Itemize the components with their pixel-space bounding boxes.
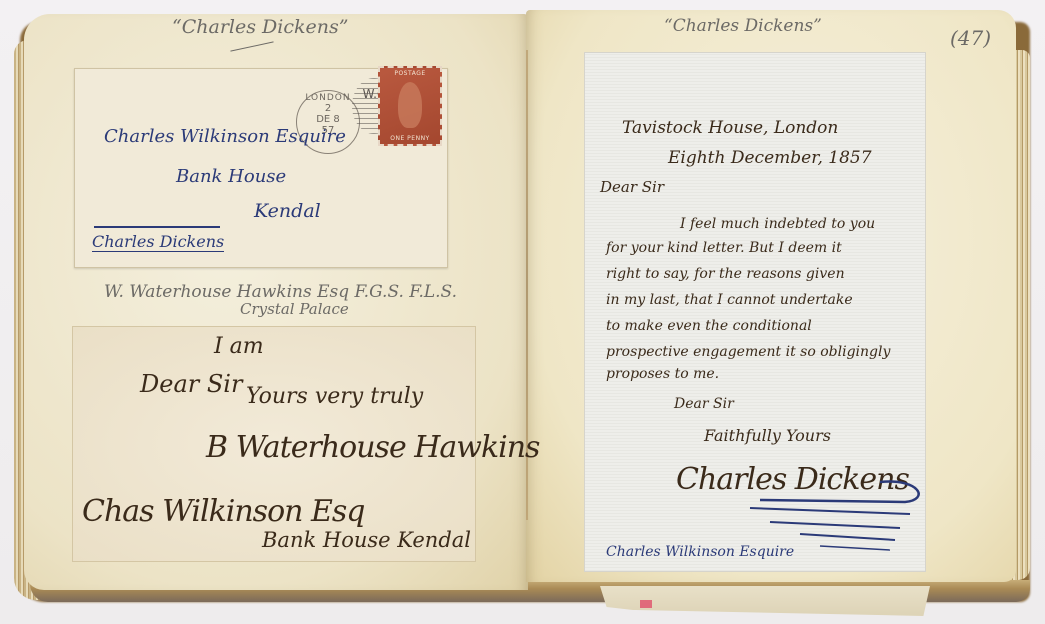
letter-recipient: Charles Wilkinson Esquire [606,544,794,560]
letter-body-line-2: for your kind letter. But I deem it [606,240,842,256]
letter-closing-1: Dear Sir [674,396,734,412]
postmark-month: DE 8 [297,114,359,125]
postmark-day: 2 [297,103,359,114]
hawkins-line-1: I am [214,334,264,359]
hawkins-caption-line-2: Crystal Palace [240,300,349,318]
stamp-top-text: POSTAGE [380,70,440,77]
letter-closing-2: Faithfully Yours [704,426,831,445]
signature-strike [94,226,220,228]
letter-body-line-1: I feel much indebted to you [680,216,875,232]
letter-salutation: Dear Sir [600,178,664,196]
stamp-bottom-text: ONE PENNY [380,135,440,142]
left-page-header: “Charles Dickens” [172,16,348,38]
queen-head-icon [398,82,422,128]
postmark-city: LONDON [297,93,359,103]
envelope-address-line-3: Kendal [254,200,321,222]
envelope-address-line-1: Charles Wilkinson Esquire [104,126,346,147]
hawkins-caption-line-1: W. Waterhouse Hawkins Esq F.G.S. F.L.S. [104,282,457,302]
letter-date: Eighth December, 1857 [668,148,872,168]
hawkins-line-2: Dear Sir [140,370,242,398]
letter-body-line-6: prospective engagement it so obligingly [606,344,890,360]
penny-red-stamp: POSTAGE ONE PENNY [378,66,442,146]
wilkinson-name: Chas Wilkinson Esq [82,494,365,529]
letter-body-line-3: right to say, for the reasons given [606,266,845,282]
wilkinson-address: Bank House Kendal [262,528,471,552]
letter-body-line-4: in my last, that I cannot undertake [606,292,853,308]
page-number: (47) [950,26,991,50]
red-mark [640,600,652,608]
letter-body-line-7: proposes to me. [606,366,719,382]
letter-address: Tavistock House, London [622,118,838,138]
hawkins-line-3: Yours very truly [246,384,423,409]
envelope-address-line-2: Bank House [176,166,286,187]
letter-body-line-5: to make even the conditional [606,318,812,334]
dickens-envelope-signature: Charles Dickens [92,232,224,252]
hawkins-signature: B Waterhouse Hawkins [206,430,539,465]
right-page-header: “Charles Dickens” [664,16,822,36]
